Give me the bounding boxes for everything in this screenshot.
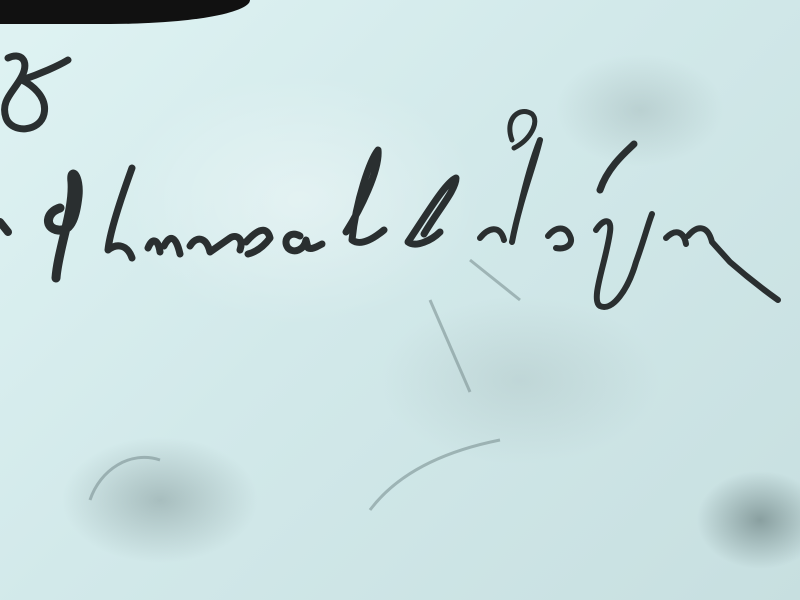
handwritten-word bbox=[0, 0, 800, 600]
numeral-eight-fragment bbox=[5, 56, 68, 129]
